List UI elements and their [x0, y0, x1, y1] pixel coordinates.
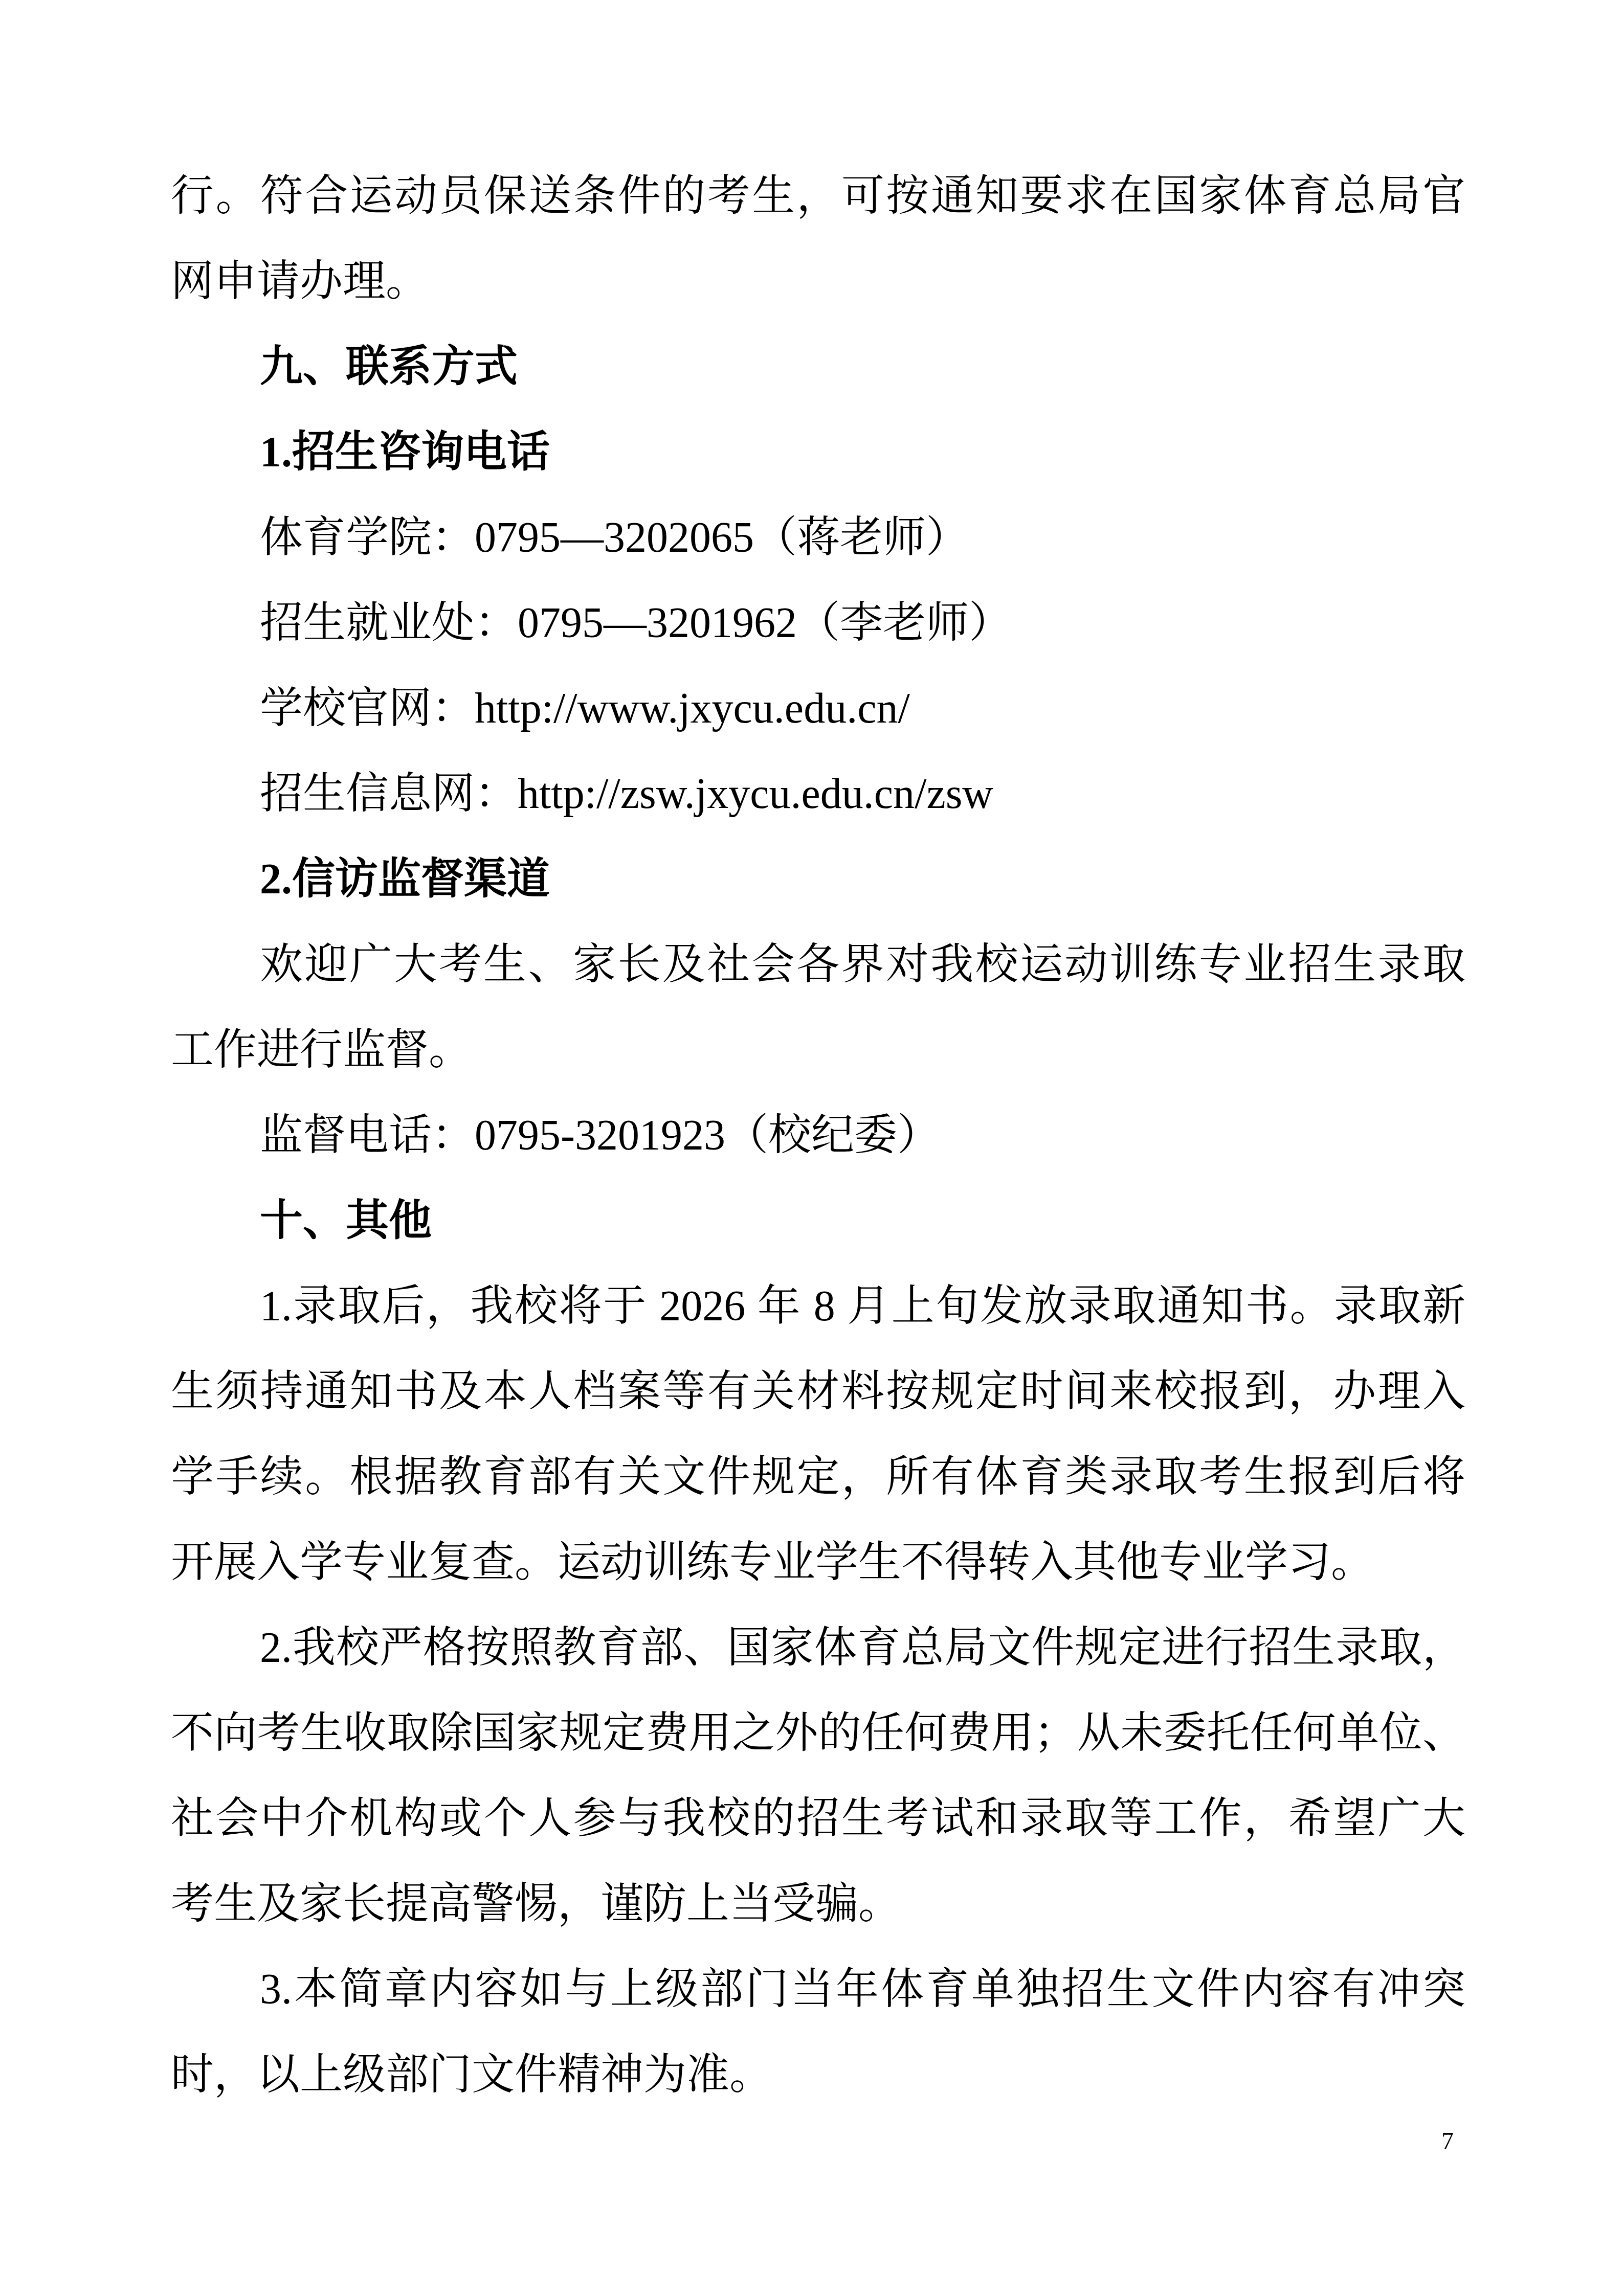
contact-line-admission-info-site: 招生信息网：http://zsw.jxycu.edu.cn/zsw [171, 751, 1465, 837]
paragraph-2-line-1: 2.我校严格按照教育部、国家体育总局文件规定进行招生录取， [171, 1605, 1465, 1691]
paragraph-2-line-4: 考生及家长提高警惕，谨防上当受骗。 [171, 1861, 1465, 1947]
document-page: 行。符合运动员保送条件的考生，可按通知要求在国家体育总局官 网申请办理。 九、联… [0, 0, 1624, 2296]
contact-line-sports-college: 体育学院：0795—3202065（蒋老师） [171, 495, 1465, 580]
paragraph-1-line-1: 1.录取后，我校将于 2026 年 8 月上旬发放录取通知书。录取新 [171, 1264, 1465, 1349]
paragraph-3-line-2: 时，以上级部门文件精神为准。 [171, 2032, 1465, 2118]
paragraph-1-line-3: 学手续。根据教育部有关文件规定，所有体育类录取考生报到后将 [171, 1434, 1465, 1520]
contact-line-school-website: 学校官网：http://www.jxycu.edu.cn/ [171, 666, 1465, 751]
contact-line-admissions-office: 招生就业处：0795—3201962（李老师） [171, 580, 1465, 666]
section-heading-contact: 九、联系方式 [171, 324, 1465, 410]
body-line-continuation: 行。符合运动员保送条件的考生，可按通知要求在国家体育总局官 [171, 153, 1465, 239]
body-line-continuation: 网申请办理。 [171, 239, 1465, 324]
paragraph-1-line-4: 开展入学专业复查。运动训练专业学生不得转入其他专业学习。 [171, 1520, 1465, 1605]
paragraph-supervision-line-1: 欢迎广大考生、家长及社会各界对我校运动训练专业招生录取 [171, 922, 1465, 1007]
document-body: 行。符合运动员保送条件的考生，可按通知要求在国家体育总局官 网申请办理。 九、联… [171, 153, 1465, 2118]
paragraph-2-line-2: 不向考生收取除国家规定费用之外的任何费用；从未委托任何单位、 [171, 1691, 1465, 1776]
subsection-heading-supervision: 2.信访监督渠道 [171, 837, 1465, 922]
paragraph-3-line-1: 3.本简章内容如与上级部门当年体育单独招生文件内容有冲突 [171, 1947, 1465, 2032]
section-heading-others: 十、其他 [171, 1178, 1465, 1264]
paragraph-supervision-line-2: 工作进行监督。 [171, 1007, 1465, 1093]
contact-line-supervision-phone: 监督电话：0795-3201923（校纪委） [171, 1093, 1465, 1178]
page-number: 7 [1441, 2127, 1454, 2156]
subsection-heading-phone: 1.招生咨询电话 [171, 410, 1465, 495]
paragraph-1-line-2: 生须持通知书及本人档案等有关材料按规定时间来校报到，办理入 [171, 1349, 1465, 1434]
paragraph-2-line-3: 社会中介机构或个人参与我校的招生考试和录取等工作，希望广大 [171, 1776, 1465, 1861]
